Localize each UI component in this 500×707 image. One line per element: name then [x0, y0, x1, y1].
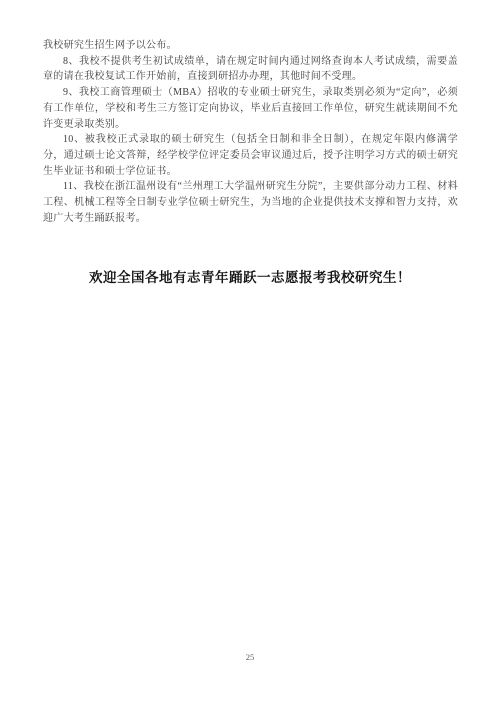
page-number: 25: [0, 652, 500, 662]
body-text: 我校研究生招生网予以公布。 8、我校不提供考生初试成绩单，请在规定时间内通过网络…: [43, 38, 458, 226]
paragraph-item-9: 9、我校工商管理硕士（MBA）招收的专业硕士研究生，录取类别必须为“定向”，必须…: [43, 85, 458, 132]
paragraph-item-11: 11、我校在浙江温州设有“兰州理工大学温州研究生分院”，主要供部分动力工程、材料…: [43, 179, 458, 226]
document-page: 我校研究生招生网予以公布。 8、我校不提供考生初试成绩单，请在规定时间内通过网络…: [0, 0, 500, 707]
paragraph-item-8: 8、我校不提供考生初试成绩单，请在规定时间内通过网络查询本人考试成绩，需要盖章的…: [43, 54, 458, 85]
paragraph-item-10: 10、被我校正式录取的硕士研究生（包括全日制和非全日制），在规定年限内修满学分，…: [43, 132, 458, 179]
welcome-headline: 欢迎全国各地有志青年踊跃一志愿报考我校研究生！: [0, 266, 500, 286]
paragraph-continuation: 我校研究生招生网予以公布。: [43, 38, 458, 54]
